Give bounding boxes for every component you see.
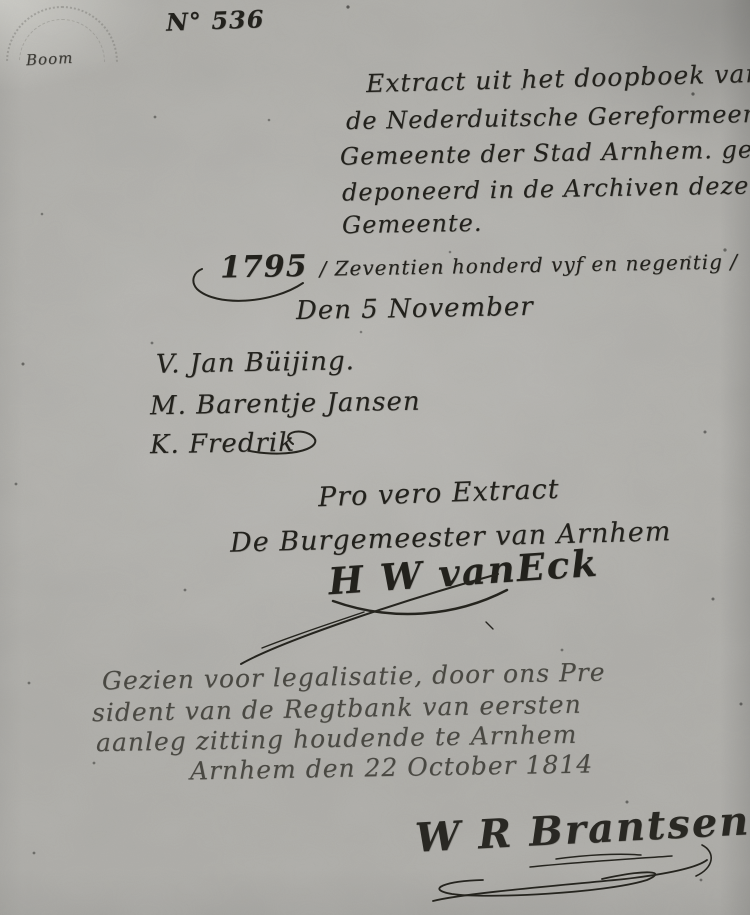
scanned-document-page: N° 536 Boom Extract uit het doopboek van… (0, 0, 750, 915)
document-number: N° 536 (166, 4, 265, 36)
brantsen-hook (696, 845, 711, 876)
legalization-dateline: Arnhem den 22 October 1814 (190, 749, 594, 785)
extract-line-2: de Nederduitsche Gereformeerde — (346, 99, 750, 135)
brantsen-loop-2 (433, 860, 707, 901)
extract-line-1: Extract uit het doopboek van (366, 59, 750, 98)
signature-brantsen: W R Brantsen (414, 797, 750, 861)
brantsen-loop-1 (439, 872, 655, 895)
date-day-line: Den 5 November (296, 292, 534, 326)
scan-specks (0, 0, 2, 2)
extract-line-5: Gemeente. (342, 209, 483, 239)
year-figure: 1795 (220, 249, 308, 286)
entry-child: K. Fredrik (150, 428, 295, 461)
entry-mother: M. Barentje Jansen (150, 387, 421, 422)
attestation-pro-vero: Pro vero Extract (318, 474, 561, 513)
vaneck-sweep-2 (262, 612, 364, 648)
vaneck-tick (486, 622, 493, 629)
margin-note: Boom (26, 49, 74, 69)
year-in-words: / Zeventien honderd vyf en negentig / (319, 249, 738, 280)
entry-father: V. Jan Büijing. (156, 346, 355, 379)
date-year-line: 1795/ Zeventien honderd vyf en negentig … (220, 241, 739, 285)
brantsen-dash-1 (556, 854, 641, 859)
extract-line-4: deponeerd in de Archiven dezer (342, 171, 750, 206)
extract-line-3: Gemeente der Stad Arnhem. ge- (340, 135, 750, 170)
brantsen-dash-2 (530, 856, 672, 867)
